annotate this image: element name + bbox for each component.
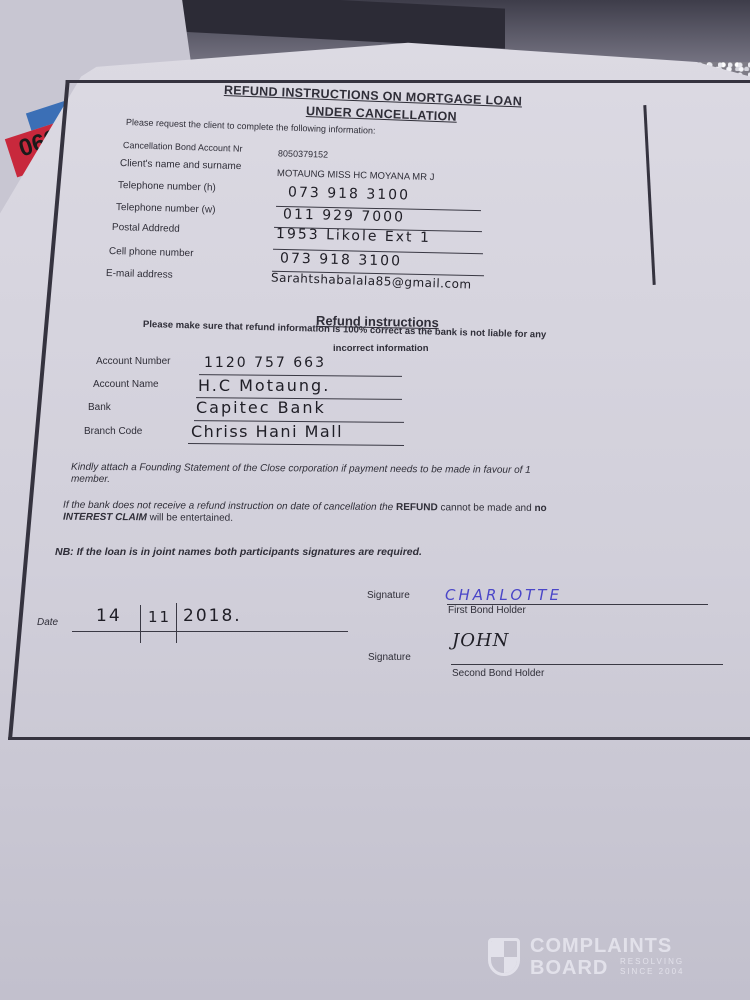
date-separator: [140, 605, 141, 643]
date-separator: [176, 603, 177, 643]
second-signature-label: Signature: [368, 652, 411, 663]
cell-phone-label: Cell phone number: [109, 246, 194, 259]
founding-statement-note: Kindly attach a Founding Statement of th…: [71, 462, 721, 491]
watermark-tagline1: RESOLVING: [620, 957, 684, 967]
account-name-value: H.C Motaung.: [198, 376, 330, 395]
complaints-board-watermark: COMPLAINTS BOARD RESOLVING SINCE 2004: [488, 935, 708, 983]
founding-statement-line2: member.: [71, 474, 110, 485]
second-signature: JOHN: [452, 630, 509, 651]
refund-deadline-note: If the bank does not receive a refund in…: [63, 500, 728, 529]
refund-note-text-a: If the bank does not receive a refund in…: [63, 500, 396, 513]
branch-code-label: Branch Code: [84, 426, 142, 437]
branch-code-value: Chriss Hani Mall: [191, 422, 343, 441]
date-line: [72, 631, 348, 632]
watermark-line2: BOARD: [530, 957, 608, 980]
account-name-label: Account Name: [93, 379, 159, 390]
bank-value: Capitec Bank: [196, 398, 326, 417]
refund-note-bold-interest: INTEREST CLAIM: [63, 512, 147, 524]
bank-label: Bank: [88, 402, 111, 413]
watermark-tagline: RESOLVING SINCE 2004: [620, 957, 684, 977]
refund-note-bold-no: no: [534, 503, 546, 514]
tel-home-value: 073 918 3100: [288, 184, 410, 203]
refund-warning-line2: incorrect information: [333, 343, 429, 354]
refund-note-text-c: will be entertained.: [147, 512, 233, 524]
account-number-label: Account Number: [96, 356, 170, 367]
joint-names-note: NB: If the loan is in joint names both p…: [55, 546, 422, 558]
founding-statement-line1: Kindly attach a Founding Statement of th…: [71, 462, 531, 476]
account-number-value: 1120 757 663: [204, 355, 326, 371]
watermark-tagline2: SINCE 2004: [620, 967, 684, 977]
first-signature: CHARLOTTE: [445, 586, 562, 604]
date-month: 11: [148, 608, 171, 626]
refund-note-bold-refund: REFUND: [396, 502, 438, 513]
date-day: 14: [96, 606, 122, 626]
shield-icon: [488, 938, 520, 976]
bond-account-value: 8050379152: [278, 148, 328, 159]
first-signature-label: Signature: [367, 590, 410, 601]
email-label: E-mail address: [106, 268, 173, 281]
second-signature-line: [451, 664, 723, 665]
postal-address-label: Postal Addredd: [112, 222, 180, 235]
refund-note-text-b: cannot be made and: [438, 502, 535, 514]
cell-phone-value: 073 918 3100: [280, 250, 402, 269]
date-label: Date: [37, 617, 58, 628]
watermark-line1: COMPLAINTS: [530, 935, 672, 958]
second-holder-label: Second Bond Holder: [452, 668, 544, 679]
date-year: 2018.: [183, 606, 242, 626]
tel-work-value: 011 929 7000: [283, 206, 405, 225]
first-holder-label: First Bond Holder: [448, 605, 526, 616]
